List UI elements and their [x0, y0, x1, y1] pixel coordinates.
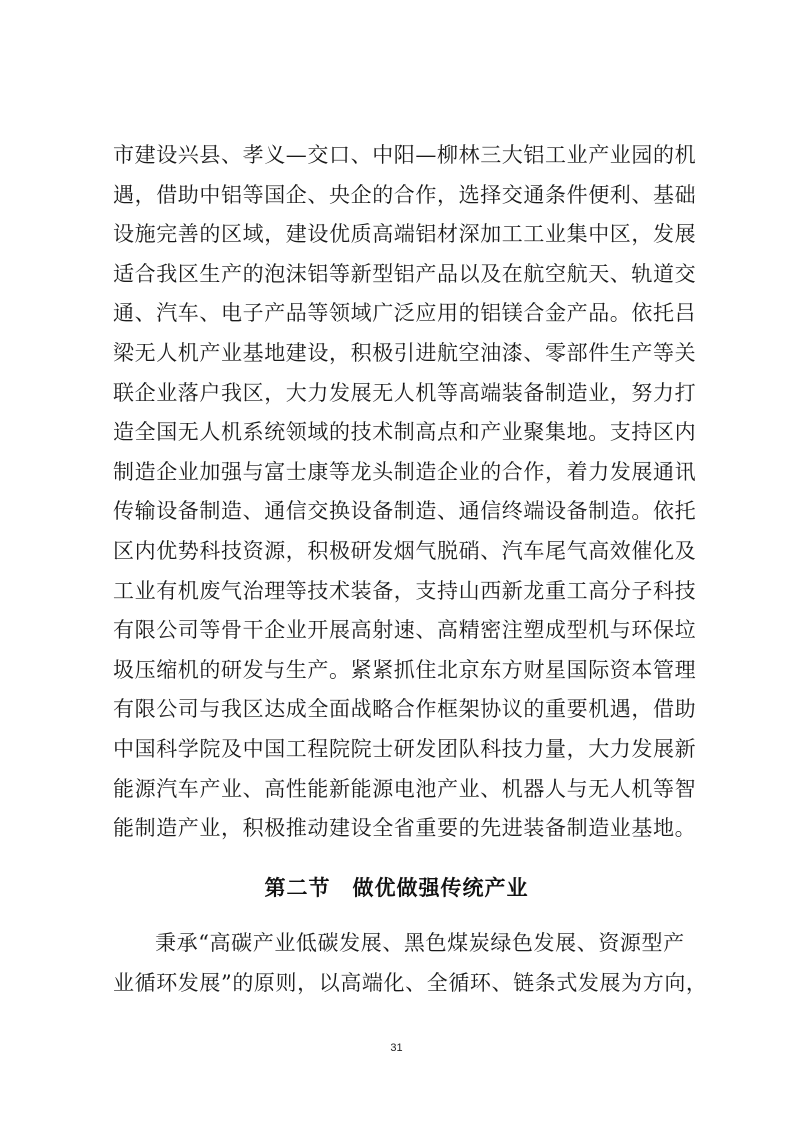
text-line: 梁无人机产业基地建设，积极引进航空油漆、零部件生产等关: [113, 334, 683, 374]
text-line: 传输设备制造、通信交换设备制造、通信终端设备制造。依托: [113, 492, 683, 532]
text-line: 圾压缩机的研发与生产。紧紧抓住北京东方财星国际资本管理: [113, 651, 683, 691]
text-line: 制造企业加强与富士康等龙头制造企业的合作，着力发展通讯: [113, 453, 683, 493]
document-page: 市建设兴县、孝义—交口、中阳—柳林三大铝工业产业园的机 遇，借助中铝等国企、央企…: [0, 0, 793, 1122]
paragraph-manufacturing: 市建设兴县、孝义—交口、中阳—柳林三大铝工业产业园的机 遇，借助中铝等国企、央企…: [113, 136, 683, 849]
text-line: 工业有机废气治理等技术装备，支持山西新龙重工高分子科技: [113, 572, 683, 612]
text-line: 市建设兴县、孝义—交口、中阳—柳林三大铝工业产业园的机: [113, 136, 683, 176]
text-line: 造全国无人机系统领域的技术制高点和产业聚集地。支持区内: [113, 413, 683, 453]
text-line: 设施完善的区域，建设优质高端铝材深加工工业集中区，发展: [113, 215, 683, 255]
text-line: 区内优势科技资源，积极研发烟气脱硝、汽车尾气高效催化及: [113, 532, 683, 572]
text-line: 联企业落户我区，大力发展无人机等高端装备制造业，努力打: [113, 374, 683, 414]
text-line: 通、汽车、电子产品等领域广泛应用的铝镁合金产品。依托吕: [113, 294, 683, 334]
text-line: 有限公司与我区达成全面战略合作框架协议的重要机遇，借助: [113, 690, 683, 730]
paragraph-traditional-industry: 秉承“高碳产业低碳发展、黑色煤炭绿色发展、资源型产 业循环发展”的原则，以高端化…: [113, 924, 683, 1003]
text-line: 业循环发展”的原则，以高端化、全循环、链条式发展为方向，: [113, 964, 683, 1004]
section-heading: 第二节 做优做强传统产业: [0, 872, 793, 902]
text-line: 遇，借助中铝等国企、央企的合作，选择交通条件便利、基础: [113, 176, 683, 216]
text-line: 适合我区生产的泡沫铝等新型铝产品以及在航空航天、轨道交: [113, 255, 683, 295]
text-line: 能制造产业，积极推动建设全省重要的先进装备制造业基地。: [113, 809, 683, 849]
text-line: 秉承“高碳产业低碳发展、黑色煤炭绿色发展、资源型产: [113, 924, 683, 964]
text-line: 能源汽车产业、高性能新能源电池产业、机器人与无人机等智: [113, 770, 683, 810]
text-line: 中国科学院及中国工程院院士研发团队科技力量，大力发展新: [113, 730, 683, 770]
page-number: 31: [0, 1042, 793, 1054]
text-line: 有限公司等骨干企业开展高射速、高精密注塑成型机与环保垃: [113, 611, 683, 651]
